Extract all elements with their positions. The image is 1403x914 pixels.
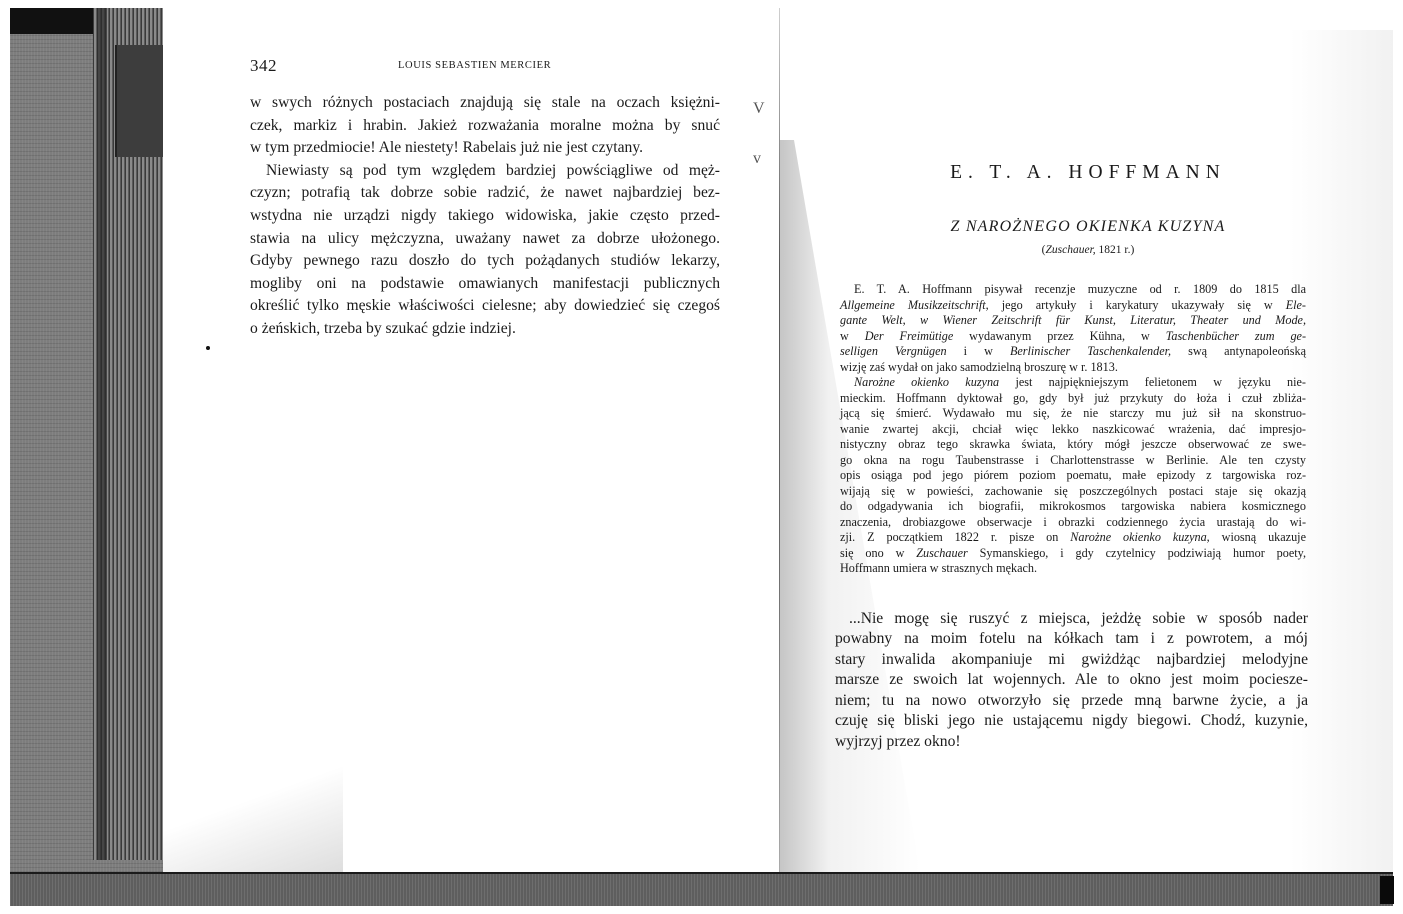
text-line: jącą się śmierć. Wydawało mu się, że nie… (840, 406, 1306, 422)
text-line: ...Nie mogę się ruszyć z miejsca, jeżdżę… (835, 609, 1308, 630)
margin-annotations: Vv (753, 100, 769, 200)
scan-speck (206, 346, 210, 350)
text-line: w Der Freimütige wydawanym przez Kühna, … (840, 329, 1306, 345)
text-line: w swych różnych postaciach znajdują się … (250, 92, 720, 115)
text-line: do odgadywania ich biografii, mikrokosmo… (840, 499, 1306, 515)
text-line: selligen Vergnügen i w Berlinischer Tasc… (840, 344, 1306, 360)
text-line: mieckim. Hoffmann dyktował go, gdy był j… (840, 391, 1306, 407)
text-line: wizję zaś wydał on jako samodzielną bros… (840, 360, 1306, 376)
page-number: 342 (250, 56, 277, 76)
left-page: 342 LOUIS SEBASTIEN MERCIER w swych różn… (250, 56, 720, 341)
text-line: gante Welt, w Wiener Zeitschrift für Kun… (840, 313, 1306, 329)
scan-bottom-edge (10, 872, 1393, 906)
work-source: (Zuschauer, 1821 r.) (870, 244, 1306, 256)
scan-border (1380, 876, 1394, 904)
text-line: wyjrzyj przez okno! (835, 732, 1308, 753)
text-line: czuję się bliski jego nie ustającemu nig… (835, 711, 1308, 732)
running-head: 342 LOUIS SEBASTIEN MERCIER (250, 56, 720, 80)
text-line: stary inwalida akompaniuje mi gwiżdżąc n… (835, 650, 1308, 671)
text-line: zji. Z początkiem 1822 r. pisze on Naroż… (840, 530, 1306, 546)
text-line: mogliby oni na podstawie omawianych mani… (250, 273, 720, 296)
text-line: go okna na rogu Taubenstrasse i Charlott… (840, 453, 1306, 469)
running-title: LOUIS SEBASTIEN MERCIER (398, 60, 551, 71)
text-line: powabny na moim fotelu na kółkach tam i … (835, 629, 1308, 650)
text-line: wanie zwartej akcji, chciał więc lekko n… (840, 422, 1306, 438)
source-journal: Zuschauer, (1046, 244, 1096, 256)
text-line: w tym przedmiocie! Ale niestety! Rabelai… (250, 137, 720, 160)
source-year: 1821 r.) (1096, 244, 1135, 256)
intro-note: E. T. A. Hoffmann pisywał recenzje muzyc… (840, 282, 1306, 577)
text-line: czek, markiz i hrabin. Jakież rozważania… (250, 115, 720, 138)
text-line: określić tylko męskie właściwości cieles… (250, 295, 720, 318)
text-line: się ono w Zuschauer Symanskiego, i gdy c… (840, 546, 1306, 562)
left-page-body: w swych różnych postaciach znajdują się … (250, 92, 720, 341)
author-heading: E. T. A. HOFFMANN (870, 162, 1306, 184)
text-line: Gdyby pewnego razu doszło do tych pożąda… (250, 250, 720, 273)
bookmark-tab (115, 45, 163, 157)
page-curl-shadow (163, 760, 343, 872)
scan-border (10, 8, 98, 34)
text-line: o żeńskich, trzeba by szukać gdzie indzi… (250, 318, 720, 341)
text-line: niem; tu na nowo otworzyło się przede mn… (835, 691, 1308, 712)
book-gutter (779, 8, 780, 872)
checkmark-annotation: v (753, 150, 769, 200)
right-page: E. T. A. HOFFMANN Z NAROŻNEGO OKIENKA KU… (840, 160, 1306, 753)
text-line: Narożne okienko kuzyna jest najpiękniejs… (840, 375, 1306, 391)
text-line: nistyczny obraz tego skrawka świata, któ… (840, 437, 1306, 453)
checkmark-annotation: V (753, 100, 769, 150)
text-line: wijają się w powieści, zachowanie się po… (840, 484, 1306, 500)
text-line: wstydna nie urządzi nigdy takiego widowi… (250, 205, 720, 228)
text-line: stawia na ulicy mężczyzna, uważany nawet… (250, 228, 720, 251)
text-line: marsze ze swoich lat wojennych. Ale to o… (835, 670, 1308, 691)
text-line: Hoffmann umiera w strasznych mękach. (840, 561, 1306, 577)
excerpt-text: ...Nie mogę się ruszyć z miejsca, jeżdżę… (835, 609, 1308, 753)
text-line: Niewiasty są pod tym względem bardziej p… (250, 160, 720, 183)
text-line: znaczenia, drobiazgowe obserwacje i obra… (840, 515, 1306, 531)
work-title: Z NAROŻNEGO OKIENKA KUZYNA (870, 218, 1306, 236)
text-line: czyzn; potrafią tak dobrze sobie radzić,… (250, 182, 720, 205)
text-line: opis osiąga pod jego piórem poziom poema… (840, 468, 1306, 484)
text-line: E. T. A. Hoffmann pisywał recenzje muzyc… (840, 282, 1306, 298)
text-line: Allgemeine Musikzeitschrift, jego artyku… (840, 298, 1306, 314)
